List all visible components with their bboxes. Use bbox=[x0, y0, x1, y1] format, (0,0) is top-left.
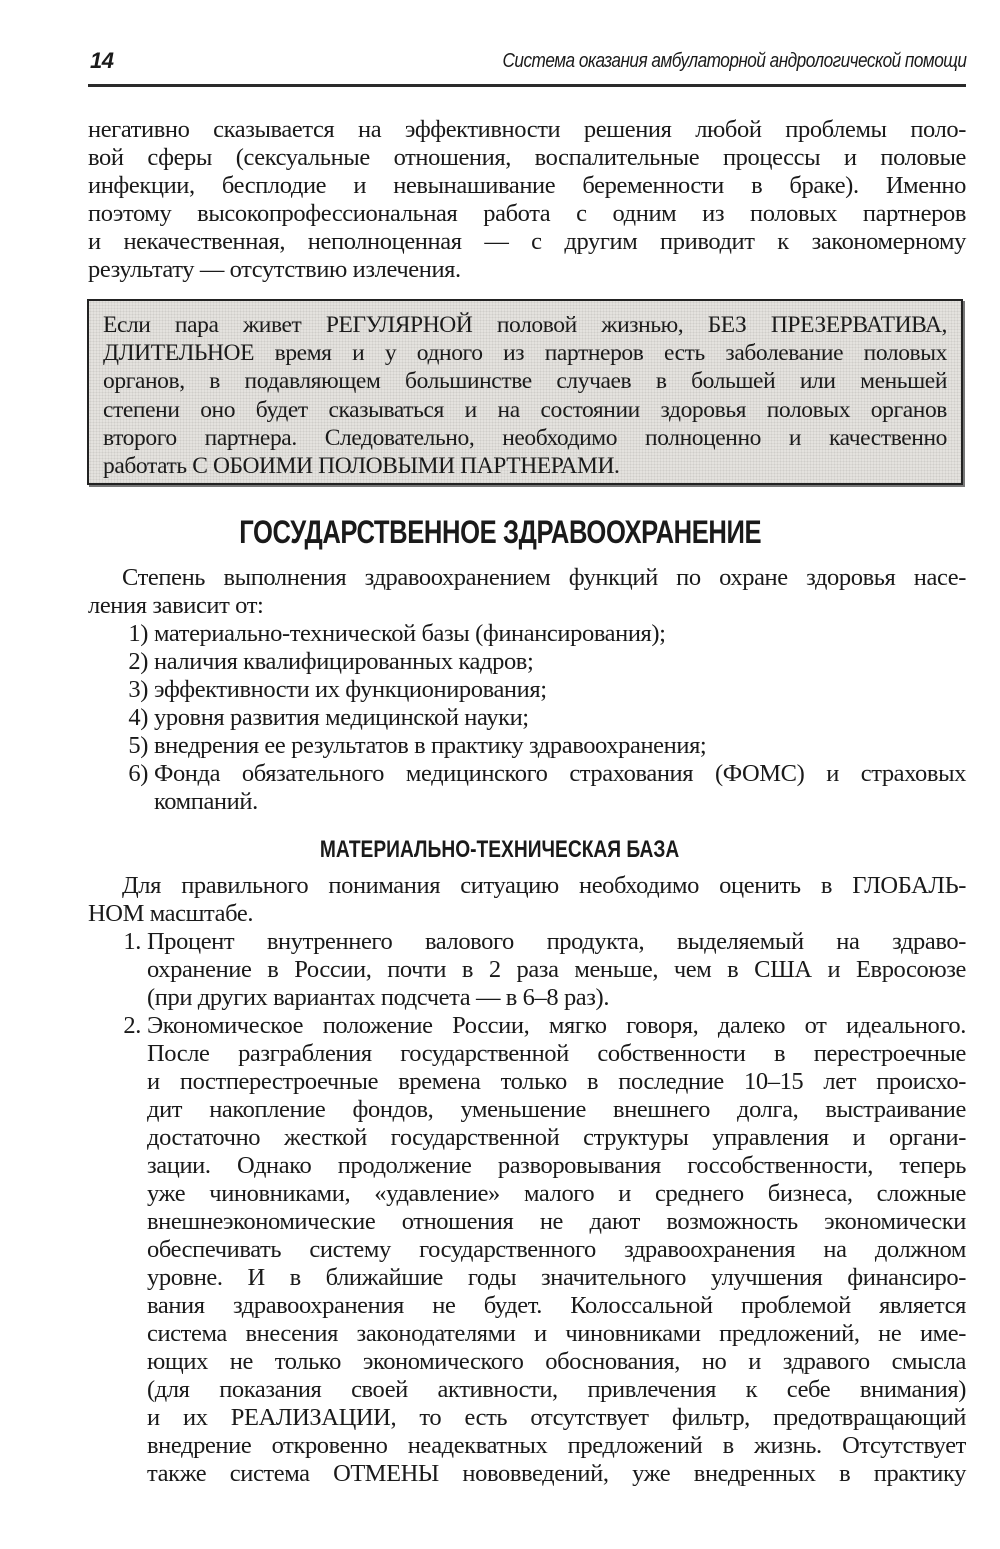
text-line: Если пара живет РЕГУЛЯРНОЙ половой жизнь… bbox=[103, 311, 947, 339]
text-line: НОМ масштабе. bbox=[88, 900, 966, 928]
factors-list: 1)материально-технической базы (финансир… bbox=[88, 620, 966, 816]
text-line: второго партнера. Следовательно, необход… bbox=[103, 424, 947, 452]
list-item: 6)Фонда обязательного медицинского страх… bbox=[88, 760, 966, 816]
list-item: 1)материально-технической базы (финансир… bbox=[88, 620, 966, 648]
section-intro: Степень выполнения здравоохранением функ… bbox=[88, 564, 966, 620]
list-item: 1. Процент внутреннего валового продукта… bbox=[88, 928, 966, 1012]
list-item: 2)наличия квалифицированных кадров; bbox=[88, 648, 966, 676]
section-heading: ГОСУДАРСТВЕННОЕ ЗДРАВООХРАНЕНИЕ bbox=[0, 514, 1000, 551]
text-line: Степень выполнения здравоохранением функ… bbox=[88, 564, 966, 592]
text-line: ления зависит от: bbox=[88, 592, 966, 620]
text-line: Для правильного понимания ситуацию необх… bbox=[88, 872, 966, 900]
callout-text: Если пара живет РЕГУЛЯРНОЙ половой жизнь… bbox=[103, 311, 947, 480]
text-line: органов, в подавляющем большинстве случа… bbox=[103, 367, 947, 395]
text-line: степени оно будет сказываться и на состо… bbox=[103, 396, 947, 424]
book-page: 14 Система оказания амбулаторной андроло… bbox=[0, 0, 1000, 1549]
numbered-list: 1. Процент внутреннего валового продукта… bbox=[88, 928, 966, 1488]
paragraph-continuation: негативно сказывается на эффективности р… bbox=[88, 116, 966, 284]
text-line: результату — отсутствию излечения. bbox=[88, 256, 966, 284]
text-line: вой сферы (сексуальные отношения, воспал… bbox=[88, 144, 966, 172]
page-number: 14 bbox=[90, 48, 113, 74]
list-item: 3)эффективности их функционирования; bbox=[88, 676, 966, 704]
running-title: Система оказания амбулаторной андрологич… bbox=[502, 50, 966, 73]
running-head: 14 Система оказания амбулаторной андроло… bbox=[88, 38, 966, 86]
text-line: негативно сказывается на эффективности р… bbox=[88, 116, 966, 144]
text-line: инфекции, бесплодие и невынашивание бере… bbox=[88, 172, 966, 200]
callout-box: Если пара живет РЕГУЛЯРНОЙ половой жизнь… bbox=[87, 299, 963, 485]
text-line: поэтому высокопрофессиональная работа с … bbox=[88, 200, 966, 228]
text-line: работать С ОБОИМИ ПОЛОВЫМИ ПАРТНЕРАМИ. bbox=[103, 452, 947, 480]
list-item: 2. Экономическое положение России, мягко… bbox=[88, 1012, 966, 1488]
text-line: и некачественная, неполноценная — с друг… bbox=[88, 228, 966, 256]
text-line: ДЛИТЕЛЬНОЕ время и у одного из партнеров… bbox=[103, 339, 947, 367]
subsection-heading: МАТЕРИАЛЬНО-ТЕХНИЧЕСКАЯ БАЗА bbox=[0, 836, 1000, 864]
list-item: 4)уровня развития медицинской науки; bbox=[88, 704, 966, 732]
subsection-intro: Для правильного понимания ситуацию необх… bbox=[88, 872, 966, 928]
list-item: 5)внедрения ее результатов в практику зд… bbox=[88, 732, 966, 760]
header-rule bbox=[88, 84, 966, 87]
